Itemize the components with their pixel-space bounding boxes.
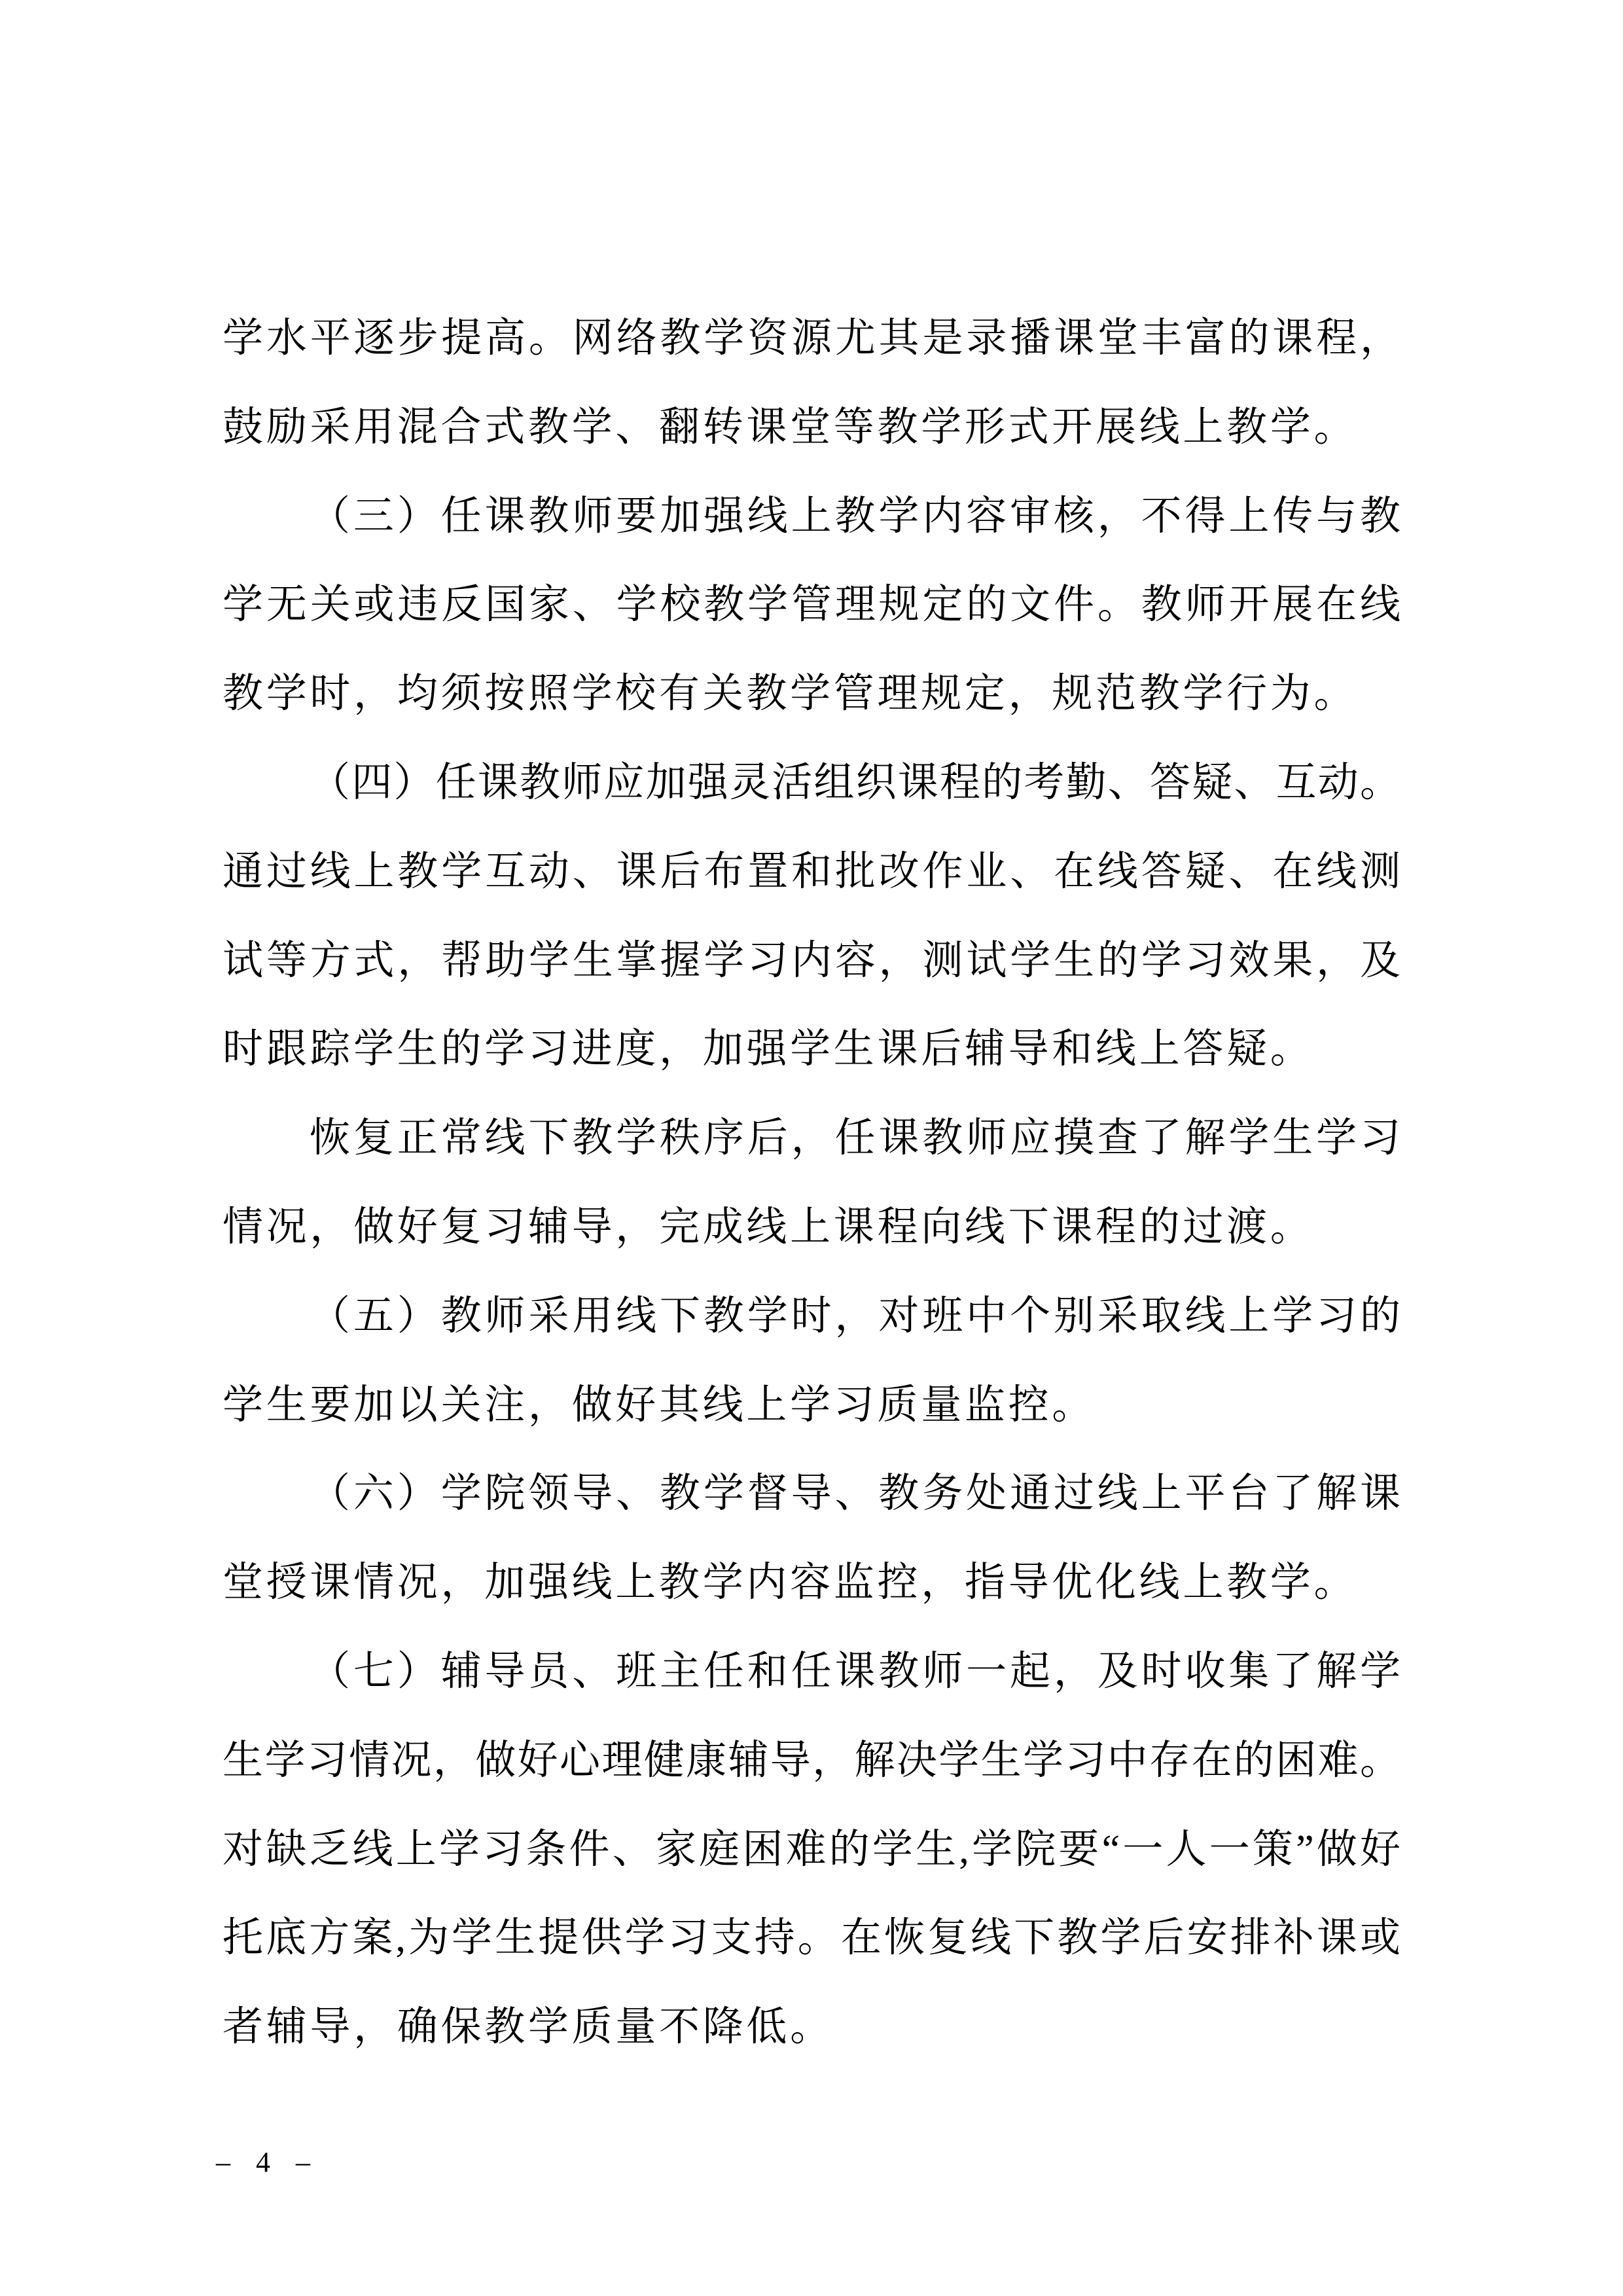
text-line: 时跟踪学生的学习进度，加强学生课后辅导和线上答疑。 <box>223 1005 1400 1094</box>
text-line: （三）任课教师要加强线上教学内容审核，不得上传与教 <box>223 473 1400 562</box>
text-line: 恢复正常线下教学秩序后，任课教师应摸查了解学生学习 <box>223 1094 1400 1183</box>
text-line: 情况，做好复习辅导，完成线上课程向线下课程的过渡。 <box>223 1183 1400 1272</box>
text-line: 学无关或违反国家、学校教学管理规定的文件。教师开展在线 <box>223 561 1400 650</box>
text-line: （五）教师采用线下教学时，对班中个别采取线上学习的 <box>223 1272 1400 1361</box>
text-line: 学生要加以关注，做好其线上学习质量监控。 <box>223 1361 1400 1450</box>
text-line: 生学习情况，做好心理健康辅导，解决学生学习中存在的困难。 <box>223 1717 1400 1806</box>
text-line: 托底方案,为学生提供学习支持。在恢复线下教学后安排补课或 <box>223 1894 1400 1983</box>
text-line: 通过线上教学互动、课后布置和批改作业、在线答疑、在线测 <box>223 828 1400 917</box>
text-line: 教学时，均须按照学校有关教学管理规定，规范教学行为。 <box>223 650 1400 739</box>
text-line: 试等方式，帮助学生掌握学习内容，测试学生的学习效果，及 <box>223 917 1400 1006</box>
text-line: 对缺乏线上学习条件、家庭困难的学生,学院要“一人一策”做好 <box>223 1806 1400 1895</box>
text-line: 堂授课情况，加强线上教学内容监控，指导优化线上教学。 <box>223 1539 1400 1628</box>
page-number: – 4 – <box>216 2145 319 2179</box>
text-line: 学水平逐步提高。网络教学资源尤其是录播课堂丰富的课程， <box>223 295 1400 384</box>
text-line: （六）学院领导、教学督导、教务处通过线上平台了解课 <box>223 1450 1400 1539</box>
text-line: 者辅导，确保教学质量不降低。 <box>223 1983 1400 2072</box>
document-page: 学水平逐步提高。网络教学资源尤其是录播课堂丰富的课程， 鼓励采用混合式教学、翻转… <box>0 0 1623 2296</box>
text-line: （七）辅导员、班主任和任课教师一起，及时收集了解学 <box>223 1628 1400 1717</box>
text-line: 鼓励采用混合式教学、翻转课堂等教学形式开展线上教学。 <box>223 384 1400 473</box>
text-block: 学水平逐步提高。网络教学资源尤其是录播课堂丰富的课程， 鼓励采用混合式教学、翻转… <box>223 295 1400 2072</box>
text-line: （四）任课教师应加强灵活组织课程的考勤、答疑、互动。 <box>223 739 1400 828</box>
